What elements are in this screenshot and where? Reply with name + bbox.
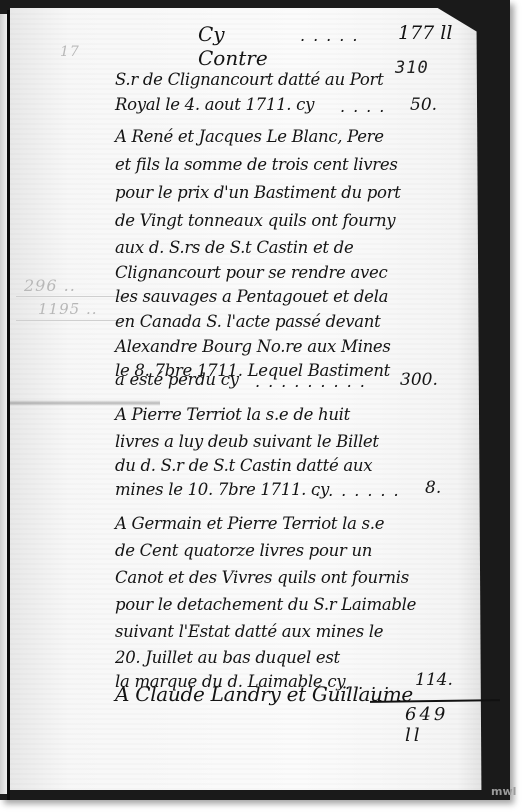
entry-line: mines le 10. 7bre 1711. cy bbox=[115, 480, 329, 499]
entry-line: A Germain et Pierre Terriot la s.e bbox=[115, 514, 384, 533]
entry-line: a esté perdu cy bbox=[115, 370, 239, 389]
leader-dots: ......... bbox=[255, 372, 373, 391]
entry-line: du d. S.r de S.t Castin datté aux bbox=[115, 456, 372, 475]
leader-dots: ....... bbox=[315, 481, 407, 500]
entry-line: 20. Juillet au bas duquel est bbox=[115, 648, 340, 667]
leader-dots: .... bbox=[340, 97, 392, 116]
entry-amount: 50. bbox=[410, 95, 437, 115]
entry-line: suivant l'Estat datté aux mines le bbox=[115, 622, 383, 641]
ghost-figure: 296 .. bbox=[24, 276, 76, 295]
entry-line: les sauvages a Pentagouet et dela bbox=[115, 287, 388, 306]
page-total: 649 ll bbox=[405, 704, 448, 746]
entry-line: et fils la somme de trois cent livres bbox=[115, 155, 398, 174]
entry-line: Alexandre Bourg No.re aux Mines bbox=[115, 337, 391, 356]
entry-line: S.r de Clignancourt datté au Port bbox=[115, 70, 383, 89]
ghost-page-number: 17 bbox=[60, 44, 80, 60]
entry-line: A Claude Landry et Guillaume bbox=[115, 682, 413, 706]
entry-line: de Cent quatorze livres pour un bbox=[115, 541, 372, 560]
entry-line: A René et Jacques Le Blanc, Pere bbox=[115, 127, 384, 146]
leader-dots: ..... bbox=[300, 26, 365, 45]
ghost-figure: 1195 .. bbox=[38, 300, 97, 318]
scanned-manuscript: 17 296 .. 1195 .. Cy Contre ..... 177 ll… bbox=[0, 0, 510, 800]
entry-line: A Pierre Terriot la s.e de huit bbox=[115, 405, 350, 424]
entry-amount: 300. bbox=[400, 370, 438, 390]
image-frame: 17 296 .. 1195 .. Cy Contre ..... 177 ll… bbox=[0, 0, 527, 812]
ghost-rule bbox=[16, 320, 126, 321]
carried-forward-amount: 177 ll bbox=[398, 22, 452, 44]
entry-line: pour le detachement du S.r Laimable bbox=[115, 595, 416, 614]
watermark: mwl bbox=[491, 785, 516, 798]
entry-line: Royal le 4. aout 1711. cy bbox=[115, 95, 314, 114]
entry-line: en Canada S. l'acte passé devant bbox=[115, 312, 380, 331]
ghost-rule bbox=[16, 296, 126, 297]
archive-folio-stamp: 310 bbox=[395, 58, 429, 78]
carried-forward-label: Cy Contre bbox=[198, 22, 268, 70]
entry-amount: 114. bbox=[415, 670, 453, 690]
entry-line: aux d. S.rs de S.t Castin et de bbox=[115, 238, 353, 257]
entry-line: pour le prix d'un Bastiment du port bbox=[115, 183, 401, 202]
entry-amount: 8. bbox=[425, 478, 441, 498]
entry-line: Canot et des Vivres quils ont fournis bbox=[115, 568, 409, 587]
entry-line: livres a luy deub suivant le Billet bbox=[115, 432, 379, 451]
entry-line: de Vingt tonneaux quils ont fourny bbox=[115, 211, 395, 230]
entry-line: Clignancourt pour se rendre avec bbox=[115, 263, 387, 282]
